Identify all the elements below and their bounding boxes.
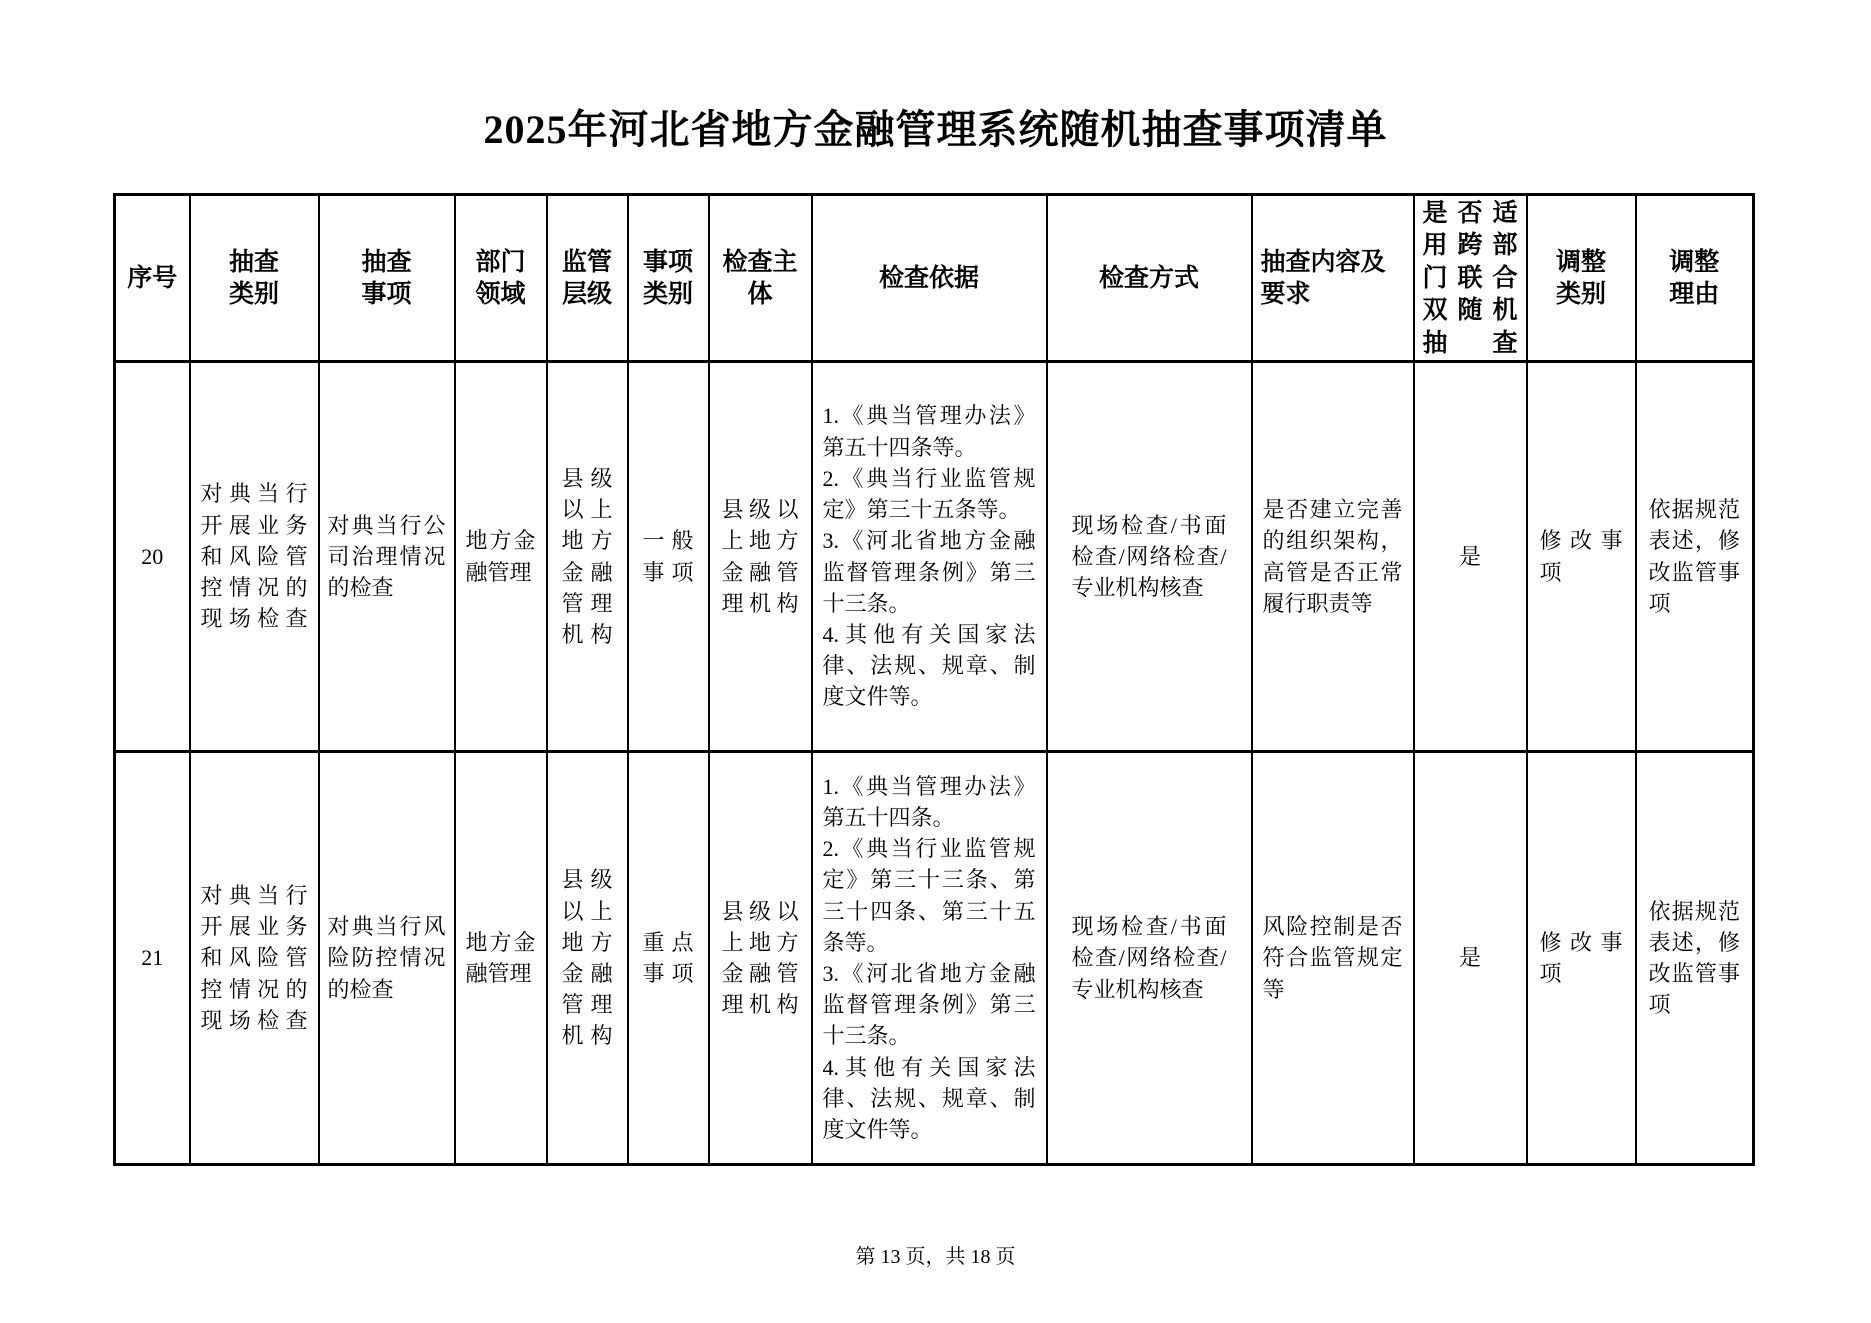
cell-category: 对典当行开展业务和风险管控情况的现场检查 xyxy=(190,362,319,752)
cell-cross-dept: 是 xyxy=(1414,752,1527,1165)
table-row-21: 21 对典当行开展业务和风险管控情况的现场检查 对典当行风险防控情况的检查 地方… xyxy=(115,752,1754,1165)
cell-inspector: 县级以上地方金融管理机构 xyxy=(709,752,812,1165)
col-header-method: 检查方式 xyxy=(1047,195,1252,362)
col-header-adjust-reason: 调整 理由 xyxy=(1636,195,1754,362)
cell-content: 风险控制是否符合监管规定等 xyxy=(1252,752,1414,1165)
cell-serial: 21 xyxy=(115,752,190,1165)
header-row: 序号 抽查 类别 抽查 事项 部门 领域 监管 层级 事项 类别 检查主 体 检… xyxy=(115,195,1754,362)
cell-basis: 1.《典当管理办法》第五十四条。 2.《典当行业监管规定》第三十三条、第三十四条… xyxy=(812,752,1047,1165)
cell-item-type: 重点事项 xyxy=(628,752,709,1165)
cell-serial: 20 xyxy=(115,362,190,752)
cell-adjust-reason: 依据规范表述，修改监管事项 xyxy=(1636,362,1754,752)
col-header-item-type: 事项 类别 xyxy=(628,195,709,362)
cell-content: 是否建立完善的组织架构，高管是否正常履行职责等 xyxy=(1252,362,1414,752)
cell-item: 对典当行风险防控情况的检查 xyxy=(319,752,455,1165)
page-title: 2025年河北省地方金融管理系统随机抽查事项清单 xyxy=(0,98,1871,155)
col-header-serial: 序号 xyxy=(115,195,190,362)
cell-method: 现场检查/书面检查/网络检查/专业机构核查 xyxy=(1047,752,1252,1165)
cell-supervision-level: 县级以上地方金融管理机构 xyxy=(547,362,628,752)
cell-item: 对典当行公司治理情况的检查 xyxy=(319,362,455,752)
col-header-item: 抽查 事项 xyxy=(319,195,455,362)
cell-supervision-level: 县级以上地方金融管理机构 xyxy=(547,752,628,1165)
cell-cross-dept: 是 xyxy=(1414,362,1527,752)
cell-basis: 1.《典当管理办法》第五十四条等。 2.《典当行业监管规定》第三十五条等。 3.… xyxy=(812,362,1047,752)
cell-adjust-reason: 依据规范表述，修改监管事项 xyxy=(1636,752,1754,1165)
col-header-basis: 检查依据 xyxy=(812,195,1047,362)
cell-department-field: 地方金融管理 xyxy=(455,752,547,1165)
cell-adjust-type: 修改事项 xyxy=(1527,362,1636,752)
cell-department-field: 地方金融管理 xyxy=(455,362,547,752)
cell-method: 现场检查/书面检查/网络检查/专业机构核查 xyxy=(1047,362,1252,752)
col-header-inspector: 检查主 体 xyxy=(709,195,812,362)
col-header-category: 抽查 类别 xyxy=(190,195,319,362)
cell-adjust-type: 修改事项 xyxy=(1527,752,1636,1165)
cell-category: 对典当行开展业务和风险管控情况的现场检查 xyxy=(190,752,319,1165)
col-header-department-field: 部门 领域 xyxy=(455,195,547,362)
table-row-20: 20 对典当行开展业务和风险管控情况的现场检查 对典当行公司治理情况的检查 地方… xyxy=(115,362,1754,752)
col-header-cross-dept: 是否适 用跨部 门联合 双随机 抽查 xyxy=(1414,195,1527,362)
col-header-supervision-level: 监管 层级 xyxy=(547,195,628,362)
page-footer: 第 13 页，共 18 页 xyxy=(0,1240,1871,1269)
col-header-content: 抽查内容及 要求 xyxy=(1252,195,1414,362)
col-header-adjust-type: 调整 类别 xyxy=(1527,195,1636,362)
inspection-items-table: 序号 抽查 类别 抽查 事项 部门 领域 监管 层级 事项 类别 检查主 体 检… xyxy=(113,193,1755,1166)
cell-inspector: 县级以上地方金融管理机构 xyxy=(709,362,812,752)
cell-item-type: 一般事项 xyxy=(628,362,709,752)
